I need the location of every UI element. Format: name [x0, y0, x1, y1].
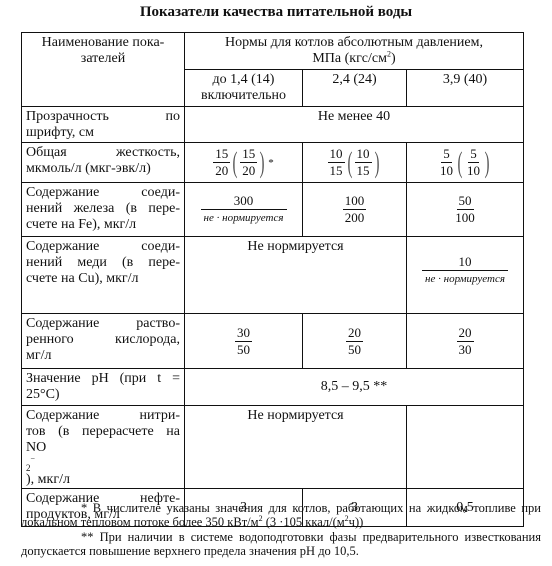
numerator: 10 [355, 147, 372, 163]
header-pressure-3: 3,9 (40) [407, 70, 524, 107]
fraction: 10не · нормируется [422, 255, 508, 286]
value-oxygen-1: 3050 [185, 314, 303, 369]
footnote-2: ** При наличии в системе водоподготовки … [21, 530, 541, 558]
denominator: не · нормируется [201, 210, 287, 225]
right-paren-icon: ) [260, 148, 265, 178]
header-norms-line2: МПа (кгс/см2) [189, 51, 519, 67]
right-paren-icon: ) [485, 148, 490, 178]
fraction: 2030 [457, 326, 474, 357]
table-row: Содержание соеди- нений железа (в пере- … [22, 183, 524, 237]
row-label-copper: Содержание соеди- нений меди (в пере- сч… [22, 237, 185, 314]
value-iron-1: 300не · нормируется [185, 183, 303, 237]
right-paren-icon: ) [374, 148, 379, 178]
fraction: 50100 [453, 194, 477, 225]
header-indicator-name: Наименование пока- зателей [22, 33, 185, 107]
value-iron-2: 100200 [303, 183, 407, 237]
denominator: 50 [235, 342, 252, 357]
left-paren-icon: ( [347, 148, 352, 178]
value-nitrites-3 [407, 406, 524, 489]
value-hardness-2: 1015 ( 1015 ) [303, 143, 407, 183]
label-line: мг/л [26, 348, 180, 364]
value-iron-3: 50100 [407, 183, 524, 237]
numerator: 5 [441, 147, 452, 163]
numerator: 5 [468, 147, 479, 163]
value-nitrites-merged: Не нормируется [185, 406, 407, 489]
footnote-mark: * [268, 155, 274, 171]
value-copper-3: 10не · нормируется [407, 237, 524, 314]
header-pressure-1: до 1,4 (14) включительно [185, 70, 303, 107]
denominator: 100 [453, 210, 477, 225]
water-quality-table: Наименование пока- зателей Нормы для кот… [21, 32, 524, 527]
label-line: 25°C) [26, 387, 180, 403]
numerator: 20 [346, 326, 363, 342]
fraction: 3050 [235, 326, 252, 357]
formula-text: NO [26, 440, 180, 456]
row-label-oxygen: Содержание раство- ренного кислорода, мг… [22, 314, 185, 369]
numerator: 15 [213, 147, 230, 163]
fraction: 1520 [240, 147, 257, 178]
value-hardness-3: 510 ( 510 ) [407, 143, 524, 183]
header-norms-line1: Нормы для котлов абсолютным давлением, [189, 35, 519, 51]
value-transparency: Не менее 40 [185, 107, 524, 143]
denominator: 10 [465, 163, 482, 178]
numerator: 20 [457, 326, 474, 342]
label-line: счете на Cu), мкг/л [26, 271, 180, 287]
value-hardness-1: 1520 ( 1520 ) * [185, 143, 303, 183]
row-label-nitrites: Содержание нитри- тов (в перерасчете на … [22, 406, 185, 489]
denominator: 200 [343, 210, 367, 225]
footnote-1-text-c: ч)) [349, 515, 364, 529]
row-label-iron: Содержание соеди- нений железа (в пере- … [22, 183, 185, 237]
formula-sup: − [31, 454, 36, 463]
left-paren-icon: ( [458, 148, 463, 178]
fraction: 1015 [328, 147, 345, 178]
hardness-fraction: 1520 ( 1520 ) * [213, 147, 274, 178]
denominator: 20 [213, 163, 230, 178]
label-line: мкмоль/л (мкг-эвк/л) [26, 161, 180, 177]
value-oxygen-2: 2050 [303, 314, 407, 369]
value-copper-merged: Не нормируется [185, 237, 407, 314]
footnote-2-text: ** При наличии в системе водоподготовки … [21, 530, 541, 558]
header-pressure-2: 2,4 (24) [303, 70, 407, 107]
header-row: Наименование пока- зателей Нормы для кот… [22, 33, 524, 70]
table-row: Содержание нитри- тов (в перерасчете на … [22, 406, 524, 489]
denominator: 20 [240, 163, 257, 178]
fraction: 300не · нормируется [201, 194, 287, 225]
numerator: 10 [422, 255, 508, 271]
numerator: 300 [201, 194, 287, 210]
left-paren-icon: ( [233, 148, 238, 178]
denominator: 50 [346, 342, 363, 357]
fraction: 510 [465, 147, 482, 178]
norms-unit-text: МПа (кгс/см [312, 51, 387, 66]
value-ph: 8,5 – 9,5 ** [185, 369, 524, 406]
row-label-ph: Значение pH (при t = 25°C) [22, 369, 185, 406]
label-line: ренного кислорода, [26, 332, 180, 348]
label-line: NO2−), мкг/л [26, 440, 180, 488]
footnote-1: * В числителе указаны значения для котло… [21, 501, 541, 529]
label-line: нений железа (в пере- [26, 201, 180, 217]
row-label-transparency: Прозрачность по шрифту, см [22, 107, 185, 143]
pressure-1-line1: до 1,4 (14) [189, 72, 298, 88]
hardness-fraction: 1015 ( 1015 ) [328, 147, 382, 178]
footnote-1-text-b: (3 ·105 ккал/(м [263, 515, 345, 529]
numerator: 15 [240, 147, 257, 163]
header-name-line1: Наименование пока- [26, 35, 180, 51]
label-line: Содержание нитри- [26, 408, 180, 424]
label-line: счете на Fe), мкг/л [26, 217, 180, 233]
label-line: Содержание соеди- [26, 185, 180, 201]
table-row: Содержание раство- ренного кислорода, мг… [22, 314, 524, 369]
row-label-hardness: Общая жесткость, мкмоль/л (мкг-эвк/л) [22, 143, 185, 183]
table-row: Общая жесткость, мкмоль/л (мкг-эвк/л) 15… [22, 143, 524, 183]
denominator: 15 [355, 163, 372, 178]
fraction: 510 [438, 147, 455, 178]
denominator: 15 [328, 163, 345, 178]
table-row: Прозрачность по шрифту, см Не менее 40 [22, 107, 524, 143]
label-line: нений меди (в пере- [26, 255, 180, 271]
pressure-1-line2: включительно [189, 88, 298, 104]
value-oxygen-3: 2030 [407, 314, 524, 369]
norms-unit-close: ) [391, 51, 396, 66]
fraction: 1015 [355, 147, 372, 178]
label-line: Содержание соеди- [26, 239, 180, 255]
fraction: 100200 [343, 194, 367, 225]
label-line: шрифту, см [26, 125, 180, 141]
numerator: 50 [457, 194, 474, 210]
header-norms: Нормы для котлов абсолютным давлением, М… [185, 33, 524, 70]
hardness-fraction: 510 ( 510 ) [438, 147, 492, 178]
label-line: Общая жесткость, [26, 145, 180, 161]
page-title: Показатели качества питательной воды [0, 4, 552, 21]
table-row: Содержание соеди- нений меди (в пере- сч… [22, 237, 524, 314]
header-name-line2: зателей [26, 51, 180, 67]
denominator: не · нормируется [422, 271, 508, 286]
denominator: 30 [457, 342, 474, 357]
numerator: 30 [235, 326, 252, 342]
denominator: 10 [438, 163, 455, 178]
numerator: 10 [328, 147, 345, 163]
label-line: тов (в перерасчете на [26, 424, 180, 440]
label-line: Прозрачность по [26, 109, 180, 125]
numerator: 100 [343, 194, 367, 210]
table-row: Значение pH (при t = 25°C) 8,5 – 9,5 ** [22, 369, 524, 406]
fraction: 2050 [346, 326, 363, 357]
label-line: Значение pH (при t = [26, 371, 180, 387]
fraction: 1520 [213, 147, 230, 178]
formula-unit: ), мкг/л [26, 472, 180, 488]
label-line: Содержание раство- [26, 316, 180, 332]
